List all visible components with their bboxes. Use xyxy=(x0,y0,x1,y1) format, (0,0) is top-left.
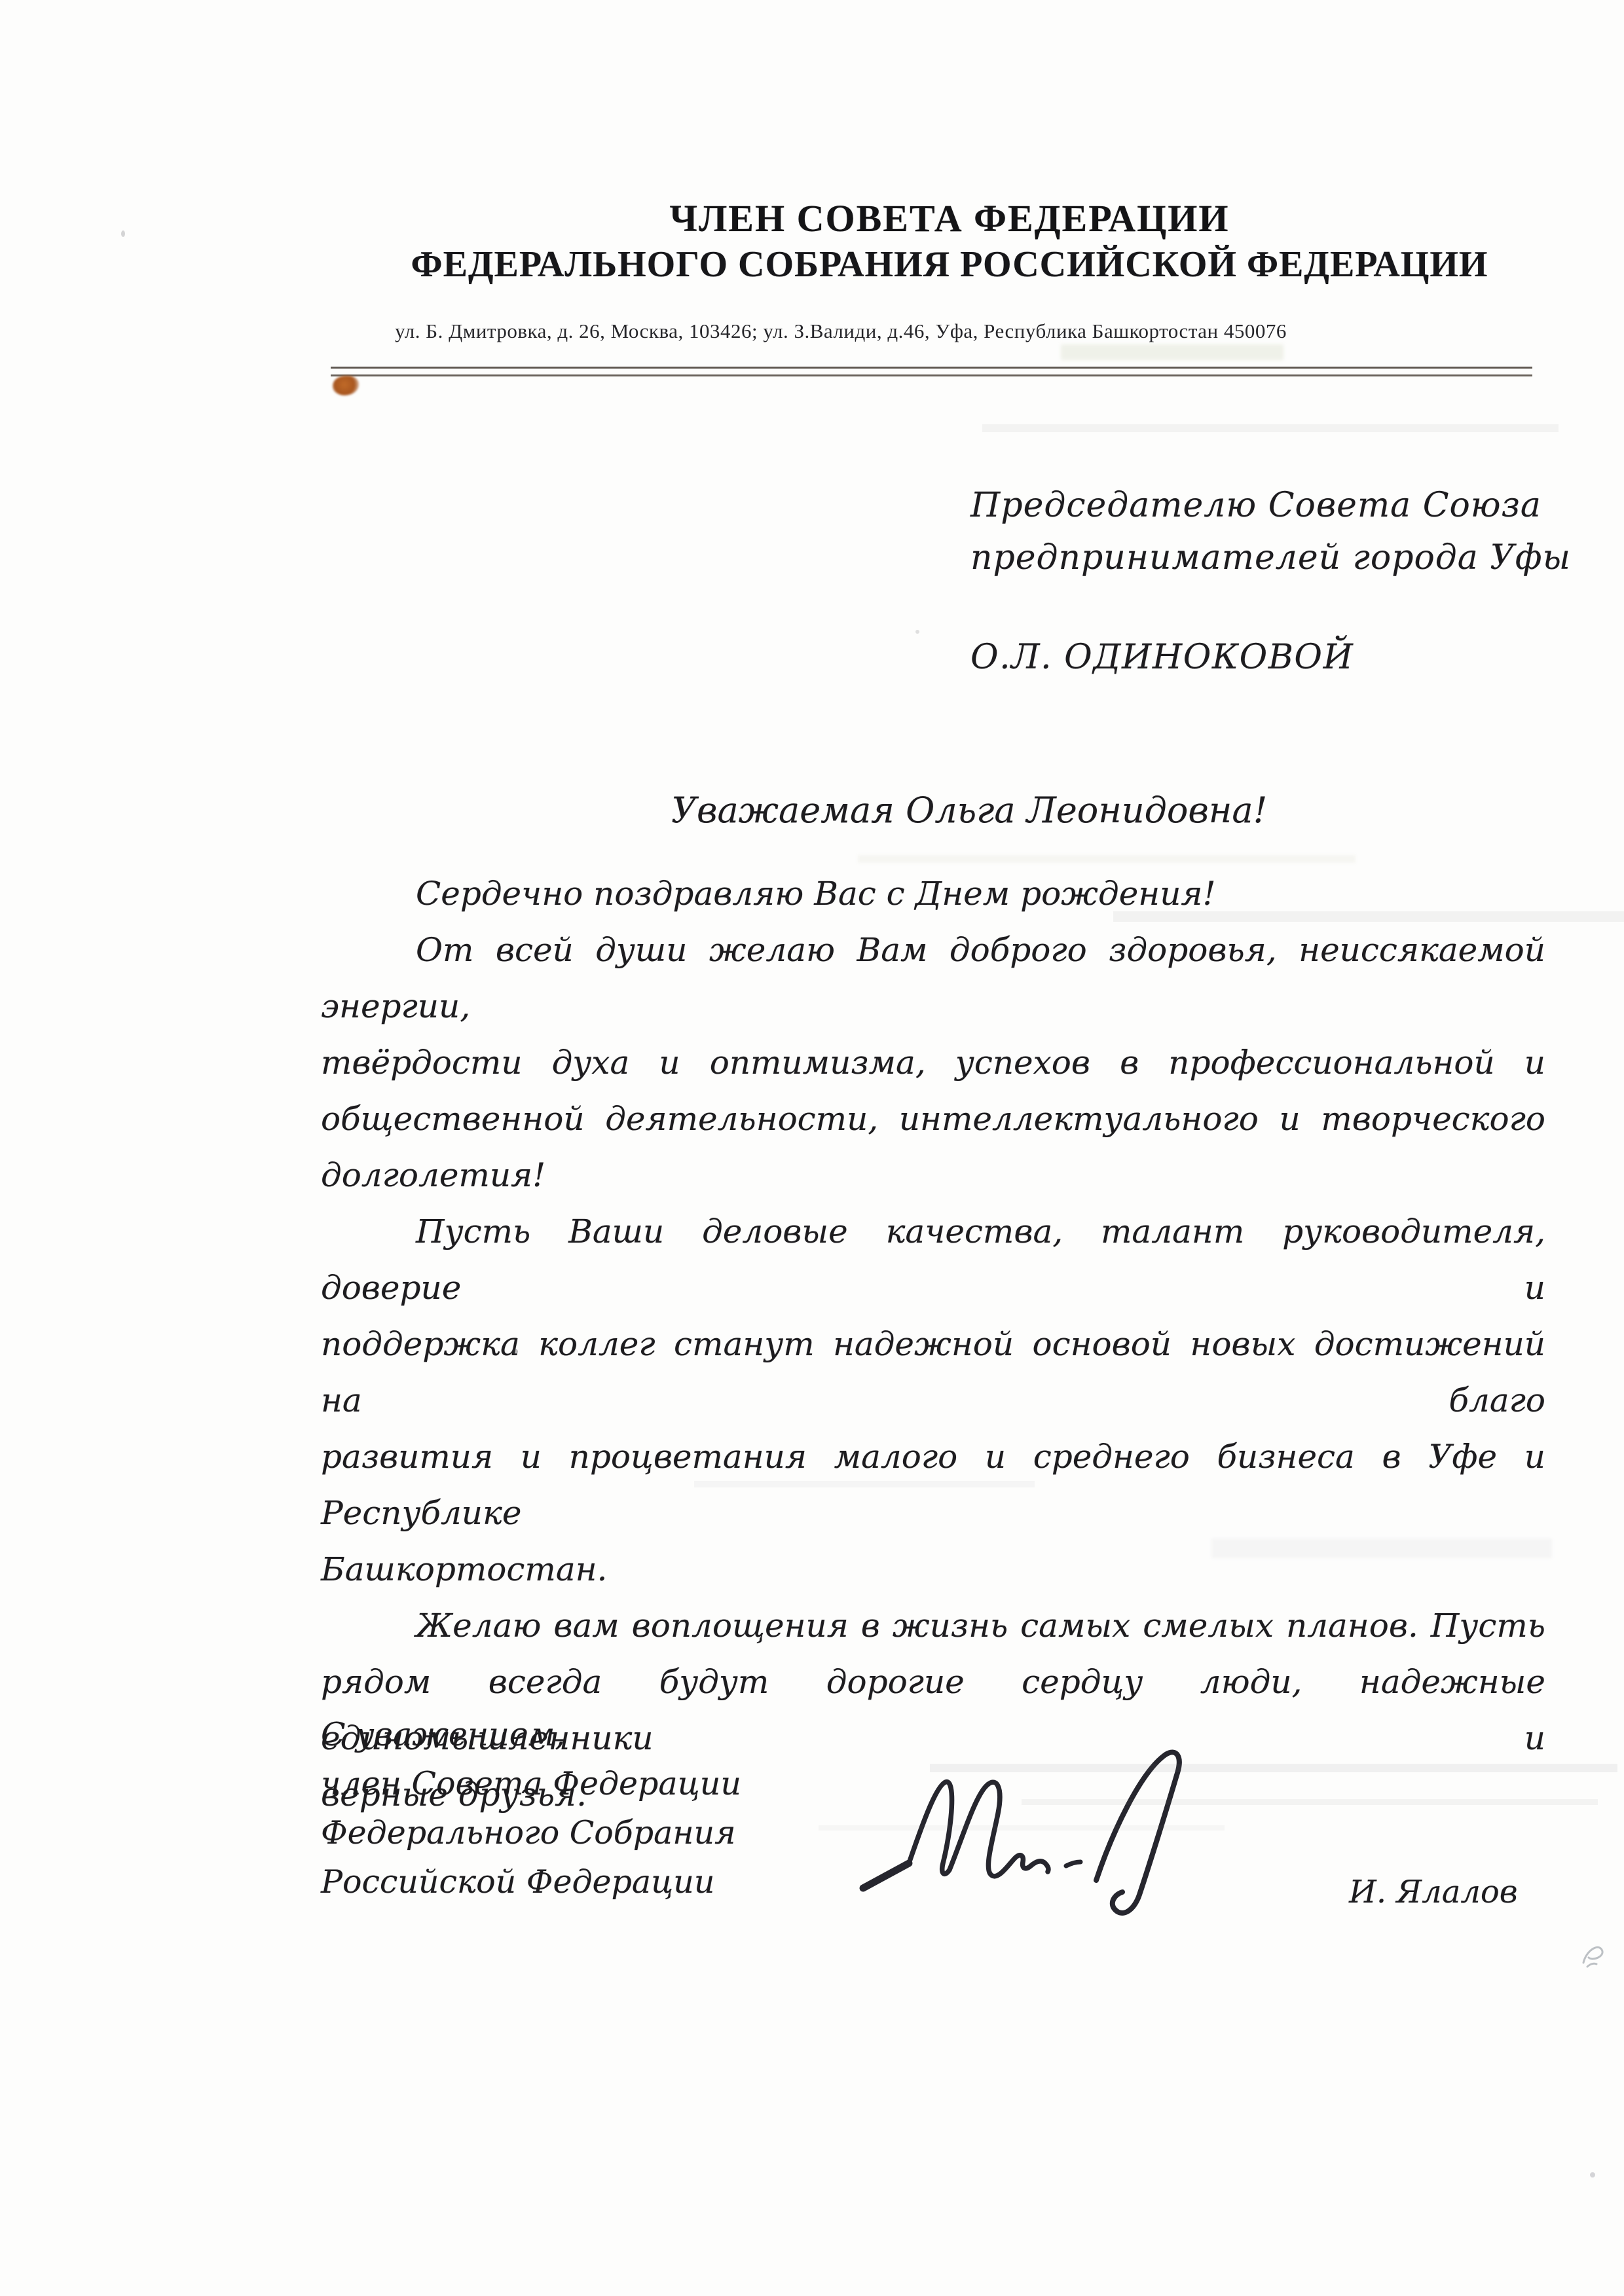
body-line: Пусть Ваши деловые качества, талант руко… xyxy=(321,1203,1545,1316)
recipient-role-line2: предпринимателей города Уфы xyxy=(970,538,1593,577)
scan-artifact xyxy=(982,424,1559,432)
recipient-name: О.Л. ОДИНОКОВОЙ xyxy=(970,638,1560,677)
scan-speck xyxy=(915,630,919,634)
ink-stain xyxy=(333,376,359,395)
body-line: Башкортостан. xyxy=(321,1541,1545,1597)
divider-rule xyxy=(331,367,1532,376)
recipient-role-line1: Председателю Совета Союза xyxy=(970,486,1560,525)
scan-speck xyxy=(1590,2172,1595,2178)
scan-speck xyxy=(121,230,125,237)
closing-respect: С уважением, xyxy=(321,1710,741,1759)
body-paragraph: От всей души желаю Вам доброго здоровья,… xyxy=(321,922,1545,1203)
closing-block: С уважением, член Совета Федерации Федер… xyxy=(321,1710,741,1906)
letterhead-address: ул. Б. Дмитровка, д. 26, Москва, 103426;… xyxy=(323,319,1358,343)
signature-scrawl-image xyxy=(845,1734,1356,1923)
letterhead-subtitle: ФЕДЕРАЛЬНОГО СОБРАНИЯ РОССИЙСКОЙ ФЕДЕРАЦ… xyxy=(275,244,1624,285)
body-line: Сердечно поздравляю Вас с Днем рождения! xyxy=(321,866,1545,922)
scan-artifact xyxy=(858,855,1356,863)
body-line: Желаю вам воплощения в жизнь самых смелы… xyxy=(321,1597,1545,1654)
body-line: общественной деятельности, интеллектуаль… xyxy=(321,1091,1545,1147)
body-paragraph: Пусть Ваши деловые качества, талант руко… xyxy=(321,1203,1545,1597)
body-paragraph: Сердечно поздравляю Вас с Днем рождения! xyxy=(321,866,1545,922)
salutation: Уважаемая Ольга Леонидовна! xyxy=(671,790,1392,831)
letterhead-title: ЧЛЕН СОВЕТА ФЕДЕРАЦИИ xyxy=(275,196,1624,240)
closing-role-line3: Российской Федерации xyxy=(321,1857,741,1906)
scanned-letter-page: ЧЛЕН СОВЕТА ФЕДЕРАЦИИ ФЕДЕРАЛЬНОГО СОБРА… xyxy=(0,0,1624,2296)
scan-artifact xyxy=(1061,344,1283,360)
signer-name: И. Ялалов xyxy=(1349,1874,1545,1910)
body-line: твёрдости духа и оптимизма, успехов в пр… xyxy=(321,1034,1545,1091)
closing-role-line2: Федерального Собрания xyxy=(321,1808,741,1857)
body-line: развития и процветания малого и среднего… xyxy=(321,1429,1545,1541)
closing-role-line1: член Совета Федерации xyxy=(321,1759,741,1808)
body-line: От всей души желаю Вам доброго здоровья,… xyxy=(321,922,1545,1034)
body-line: долголетия! xyxy=(321,1147,1545,1203)
corner-squiggle-mark xyxy=(1577,1937,1608,1973)
letter-body: Сердечно поздравляю Вас с Днем рождения!… xyxy=(321,866,1545,1823)
body-line: поддержка коллег станут надежной основой… xyxy=(321,1316,1545,1429)
